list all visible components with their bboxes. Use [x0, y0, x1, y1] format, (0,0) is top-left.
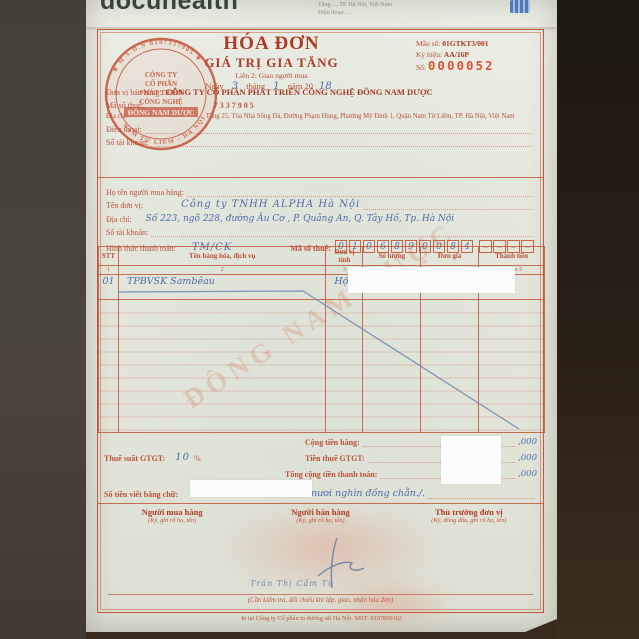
- photo-background-right: [556, 0, 639, 639]
- number-label: Số:: [416, 63, 426, 72]
- buyer-address-label: Địa chỉ:: [106, 215, 132, 224]
- subtotal-suffix: ,000: [518, 437, 537, 447]
- idx-1: 1: [99, 266, 119, 275]
- buyer-person-label: Họ tên người mua hàng:: [106, 188, 184, 197]
- form-number: 01GTKT3/001: [442, 39, 488, 48]
- item-name: TPBVSK Sambêau: [118, 275, 325, 300]
- buyer-signature-note: (Ký, ghi rõ họ, tên): [98, 517, 246, 524]
- faint-stamp-blob: [326, 575, 456, 630]
- letterhead-address-line1: Tầng ..., TP. Hà Nội, Việt Nam: [318, 1, 498, 9]
- col-unit-price: Đơn giá: [421, 247, 479, 266]
- printer-credit: In tại Công ty Cổ phần in đường sắt Hà N…: [86, 615, 557, 622]
- vat-rate-handwritten: 10: [175, 452, 190, 463]
- col-description: Tên hàng hóa, dịch vụ: [118, 247, 325, 266]
- letterhead-strip: docuhealth Tầng ..., TP. Hà Nội, Việt Na…: [86, 0, 557, 27]
- stamp-line5: ĐÔNG NAM DƯỢC: [128, 107, 195, 117]
- table-empty-row: [99, 300, 545, 433]
- footer-note: (Cần kiểm tra, đối chiếu khi lập, giao, …: [98, 597, 543, 604]
- letterhead-logo: docuhealth: [100, 0, 238, 16]
- stamp-line1: CÔNG TY: [145, 71, 177, 79]
- section-divider: [98, 177, 543, 178]
- amount-in-words-handwritten: mươi nghìn đồng chẵn./.: [308, 488, 425, 499]
- subtotal-label: Cộng tiền hàng:: [305, 438, 360, 447]
- letterhead-address: Tầng ..., TP. Hà Nội, Việt Nam Điện thoạ…: [318, 1, 498, 17]
- letterhead-address-line2: Điện thoại: ...: [318, 9, 498, 17]
- stamp-line2: CỔ PHẦN: [145, 80, 177, 88]
- invoice-paper: docuhealth Tầng ..., TP. Hà Nội, Việt Na…: [86, 0, 557, 632]
- item-stt: 01: [99, 275, 119, 300]
- company-stamp-icon: ★ M.S.D.N 0107337905 ★ NAM TỪ LIÊM - HÀ …: [102, 35, 220, 153]
- invoice-meta: Mẫu số: 01GTKT3/001 Ký hiệu: AA/16P Số: …: [416, 38, 540, 73]
- redaction-box-words: [190, 480, 312, 497]
- form-label: Mẫu số:: [416, 39, 440, 48]
- dotted-line: [363, 200, 532, 210]
- vat-suffix: ,000: [518, 453, 537, 463]
- dotted-line: [151, 227, 532, 237]
- buyer-address-handwritten: Số 223, ngõ 228, đường Âu Cơ , P. Quảng …: [146, 214, 455, 224]
- dotted-line: [428, 489, 534, 499]
- col-quantity: Số lượng: [363, 247, 421, 266]
- table-header-row: STT Tên hàng hóa, dịch vụ Đơn vị tính Số…: [99, 247, 545, 266]
- col-amount: Thành tiền: [479, 247, 545, 266]
- buyer-section: Họ tên người mua hàng: Tên đơn vị: Công …: [106, 183, 535, 253]
- redaction-box-totals: [441, 436, 501, 484]
- amount-in-words-label: Số tiền viết bằng chữ:: [104, 490, 178, 499]
- buyer-signature-block: Người mua hàng (Ký, ghi rõ họ, tên): [98, 507, 246, 524]
- buyer-signature-title: Người mua hàng: [98, 507, 246, 517]
- invoice-number: 0000052: [428, 58, 495, 73]
- vat-rate-label: Thuế suất GTGT:: [104, 454, 165, 463]
- stamp-line3: PHÁT TRIỂN: [139, 89, 182, 97]
- dotted-line: [187, 187, 532, 197]
- buyer-account-label: Số tài khoản:: [106, 228, 148, 237]
- col-unit: Đơn vị tính: [326, 247, 363, 266]
- letterhead-flag-icon: [510, 0, 530, 13]
- seller-address: Tầng 25, Tòa Nhà Sông Đà, Đường Phạm Hùn…: [206, 113, 515, 120]
- vat-amount-label: Tiền thuế GTGT:: [305, 454, 365, 463]
- idx-2: 2: [118, 266, 325, 275]
- buyer-company-handwritten: Công ty TNHH ALPHA Hà Nội: [181, 199, 360, 210]
- col-stt: STT: [99, 247, 119, 266]
- percent-sign: %: [194, 454, 201, 463]
- seller-tax-id: 7337905: [214, 101, 256, 110]
- grand-total-label: Tổng cộng tiền thanh toán:: [285, 470, 377, 479]
- stamp-line4: CÔNG NGHỆ: [139, 98, 183, 106]
- photo-background-left: [0, 0, 86, 639]
- grand-total-suffix: ,000: [518, 469, 537, 479]
- redaction-box-item-values: [348, 267, 515, 293]
- buyer-company-label: Tên đơn vị:: [106, 201, 143, 210]
